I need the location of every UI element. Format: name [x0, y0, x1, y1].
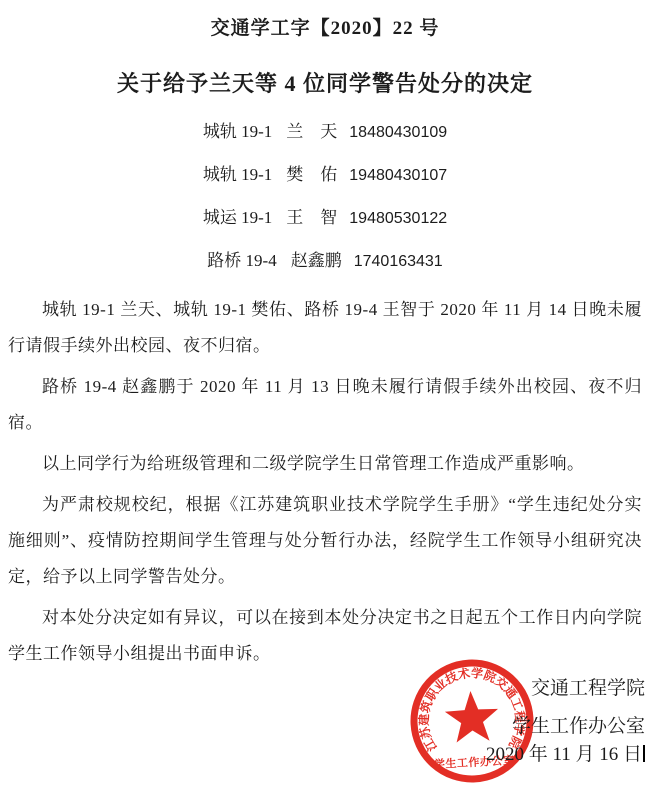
document-page: 交通学工字【2020】22 号 关于给予兰天等 4 位同学警告处分的决定 城轨 …: [0, 0, 650, 804]
student-row: 城轨 19-1兰 天18480430109: [0, 111, 650, 154]
student-id: 1740163431: [354, 253, 443, 270]
signature-org2: 学生工作办公室: [486, 716, 645, 738]
student-name: 樊 佑: [286, 165, 337, 184]
paragraph-violation-1: 城轨 19-1 兰天、城轨 19-1 樊佑、路桥 19-4 王智于 2020 年…: [8, 292, 642, 364]
text-cursor: [643, 745, 645, 762]
student-row: 城轨 19-1樊 佑19480430107: [0, 154, 650, 197]
doc-title: 关于给予兰天等 4 位同学警告处分的决定: [0, 67, 650, 98]
student-name: 王 智: [286, 208, 337, 227]
student-id: 19480430107: [349, 167, 447, 184]
student-list: 城轨 19-1兰 天18480430109 城轨 19-1樊 佑19480430…: [0, 111, 650, 283]
student-id: 18480430109: [349, 124, 447, 141]
signature-block: 交通工程学院 学生工作办公室 2020 年 11 月 16 日: [486, 678, 645, 766]
body-paragraphs: 城轨 19-1 兰天、城轨 19-1 樊佑、路桥 19-4 王智于 2020 年…: [0, 292, 650, 672]
paragraph-appeal: 对本处分决定如有异议，可以在接到本处分决定书之日起五个工作日内向学院学生工作领导…: [8, 600, 642, 672]
paragraph-decision: 为严肃校规校纪，根据《江苏建筑职业技术学院学生手册》“学生违纪处分实施细则”、疫…: [8, 487, 642, 595]
paragraph-violation-2: 路桥 19-4 赵鑫鹏于 2020 年 11 月 13 日晚未履行请假手续外出校…: [8, 369, 642, 441]
student-row: 路桥 19-4赵鑫鹏1740163431: [0, 240, 650, 283]
student-class: 城运 19-1: [203, 208, 272, 227]
student-class: 路桥 19-4: [207, 251, 276, 270]
signature-date: 2020 年 11 月 16 日: [486, 744, 642, 765]
signature-org1: 交通工程学院: [486, 678, 645, 700]
signature-date-line: 2020 年 11 月 16 日: [486, 744, 645, 766]
student-name: 兰 天: [286, 122, 337, 141]
student-id: 19480530122: [349, 210, 447, 227]
paragraph-impact: 以上同学行为给班级管理和二级学院学生日常管理工作造成严重影响。: [8, 446, 642, 482]
student-class: 城轨 19-1: [203, 165, 272, 184]
doc-number: 交通学工字【2020】22 号: [0, 0, 650, 40]
student-name: 赵鑫鹏: [291, 251, 342, 270]
student-class: 城轨 19-1: [203, 122, 272, 141]
student-row: 城运 19-1王 智19480530122: [0, 197, 650, 240]
